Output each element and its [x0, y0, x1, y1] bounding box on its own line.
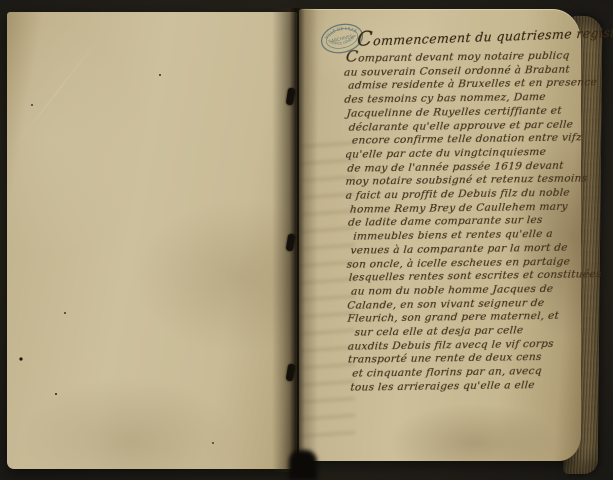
ink-specks — [7, 12, 9, 14]
gutter-bottom-shadow — [289, 450, 317, 480]
manuscript-text-block: Comparant devant moy notaire publicqau s… — [344, 46, 603, 395]
paper-scratch — [13, 30, 106, 149]
scanned-book-photo: VILLE DE LILLE ARCHIVES HOSPICE GÉNÉRAL … — [0, 0, 613, 480]
left-page-blank — [7, 12, 297, 469]
right-page-manuscript: VILLE DE LILLE ARCHIVES HOSPICE GÉNÉRAL … — [299, 9, 581, 461]
manuscript-line: tous les arrieraiges qu'elle a elle — [350, 378, 604, 395]
